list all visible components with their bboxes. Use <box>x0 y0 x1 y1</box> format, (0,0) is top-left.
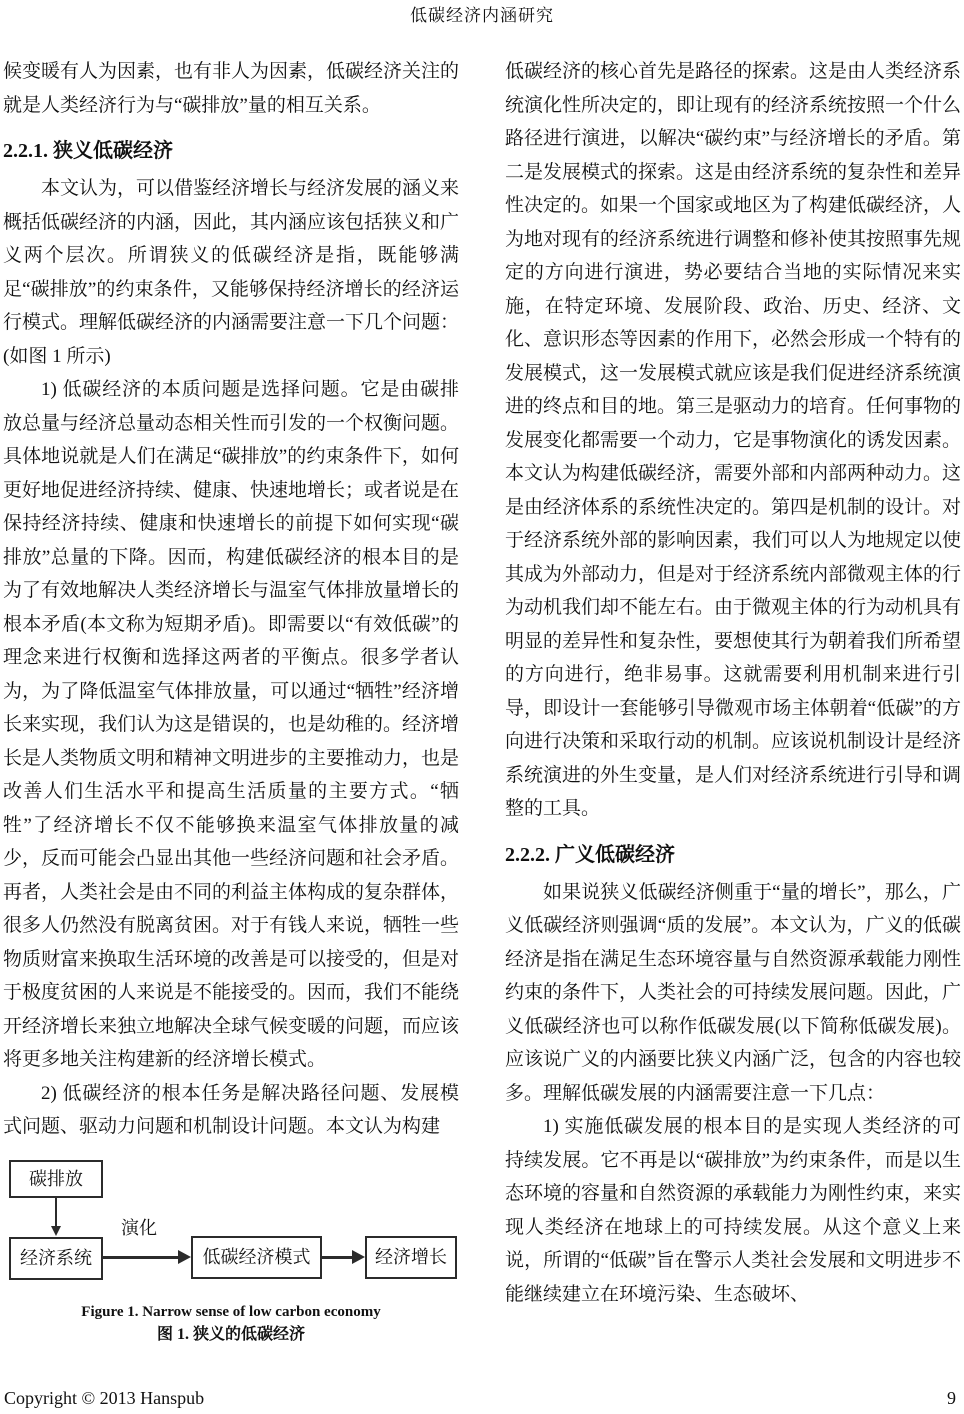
two-column-body: 候变暖有人为因素，也有非人为因素，低碳经济关注的就是人类经济行为与“碳排放”量的… <box>0 28 964 1346</box>
paragraph-continuation: 候变暖有人为因素，也有非人为因素，低碳经济关注的就是人类经济行为与“碳排放”量的… <box>3 55 459 122</box>
figure-arrow-label-evolution: 演化 <box>121 1218 157 1238</box>
figure-box-low-carbon-mode: 低碳经济模式 <box>191 1236 322 1279</box>
arrow-right-head-icon <box>178 1250 191 1264</box>
figure-1-diagram: 碳排放 经济系统 演化 低碳经济模式 经济增长 <box>3 1160 459 1282</box>
copyright-text: Copyright © 2013 Hanspub <box>4 1386 204 1410</box>
paragraph-continuation: 低碳经济的核心首先是路径的探索。这是由人类经济系统演化性所决定的，即让现有的经济… <box>505 55 961 826</box>
left-column: 候变暖有人为因素，也有非人为因素，低碳经济关注的就是人类经济行为与“碳排放”量的… <box>3 55 459 1346</box>
figure-box-economic-system: 经济系统 <box>9 1237 103 1280</box>
arrow-right-icon <box>103 1256 181 1259</box>
arrow-right-head-icon <box>352 1250 365 1264</box>
paragraph: 2) 低碳经济的根本任务是解决路径问题、发展模式问题、驱动力问题和机制设计问题。… <box>3 1077 459 1144</box>
arrow-down-icon <box>55 1198 57 1227</box>
figure-box-economic-growth: 经济增长 <box>365 1236 457 1279</box>
running-head-title: 低碳经济内涵研究 <box>0 0 964 28</box>
paragraph: 本文认为，可以借鉴经济增长与经济发展的涵义来概括低碳经济的内涵，因此，其内涵应该… <box>3 172 459 373</box>
page-number: 9 <box>947 1386 956 1410</box>
figure-box-carbon-emission: 碳排放 <box>9 1160 103 1198</box>
right-column: 低碳经济的核心首先是路径的探索。这是由人类经济系统演化性所决定的，即让现有的经济… <box>505 55 961 1346</box>
paragraph: 如果说狭义低碳经济侧重于“量的增长”，那么，广义低碳经济则强调“质的发展”。本文… <box>505 876 961 1111</box>
paper-page: 低碳经济内涵研究 候变暖有人为因素，也有非人为因素，低碳经济关注的就是人类经济行… <box>0 0 964 1414</box>
page-footer: Copyright © 2013 Hanspub 9 <box>0 1386 964 1410</box>
figure-caption-english: Figure 1. Narrow sense of low carbon eco… <box>3 1302 459 1322</box>
section-heading-narrow-low-carbon: 2.2.1. 狭义低碳经济 <box>3 136 459 166</box>
figure-caption-chinese: 图 1. 狭义的低碳经济 <box>3 1324 459 1346</box>
paragraph: 1) 低碳经济的本质问题是选择问题。它是由碳排放总量与经济总量动态相关性而引发的… <box>3 373 459 1077</box>
arrow-down-head-icon <box>51 1226 61 1236</box>
section-heading-broad-low-carbon: 2.2.2. 广义低碳经济 <box>505 840 961 870</box>
arrow-right-icon <box>322 1256 354 1259</box>
paragraph: 1) 实施低碳发展的根本目的是实现人类经济的可持续发展。它不再是以“碳排放”为约… <box>505 1110 961 1311</box>
